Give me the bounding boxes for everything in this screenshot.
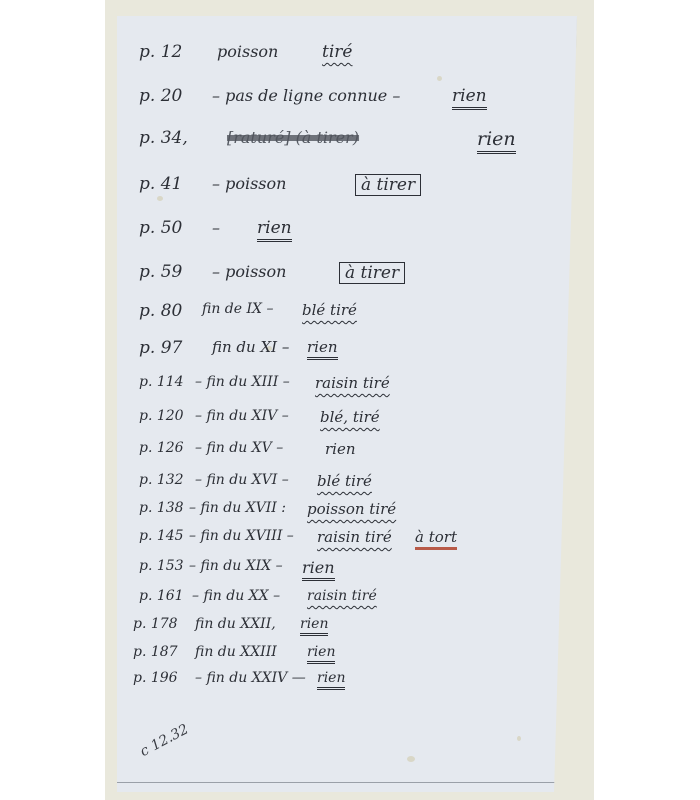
entry-description: fin du XXII, [195,616,276,632]
entry-description: – fin du XXIV — [195,670,306,686]
page-number: p. 97 [139,338,182,358]
entry-result: rien [307,644,335,664]
page-number: p. 145 [139,528,184,544]
entry-description: – fin du XX – [192,588,280,604]
entry-result: rien [452,86,487,110]
entry-result: tiré [322,42,352,62]
entry-result: rien [317,670,345,690]
entry-result: à tirer [339,262,405,284]
entry-result: raisin tiré [307,588,377,604]
page-number: p. 138 [139,500,184,516]
page-number: p. 41 [139,174,182,194]
entry-description: – fin du XVI – [195,472,289,488]
entry-result: blé tiré [317,472,372,490]
page-number: p. 187 [133,644,178,660]
entry-result: blé tiré [302,301,357,319]
entry-description: poisson [217,42,278,61]
handwritten-note-card: p. 12 poisson tiré p. 20 – pas de ligne … [117,16,577,792]
red-annotation: à tort [415,528,457,550]
entry-description: – poisson [212,174,286,193]
entry-description: fin du XXIII [195,644,277,660]
page-number: p. 80 [139,301,182,321]
page-number: p. 161 [139,588,184,604]
entry-list: p. 12 poisson tiré p. 20 – pas de ligne … [117,16,577,792]
entry-description: – fin du XIX – [189,558,283,574]
entry-description: – fin du XVII : [189,500,286,516]
entry-result: rien [325,440,356,458]
page-number: p. 34, [139,128,188,148]
entry-description: – fin du XIII – [195,374,290,390]
entry-result: raisin tiré [317,528,392,546]
entry-description: fin de IX – [202,301,273,317]
page-number: p. 20 [139,86,182,106]
page-number: p. 120 [139,408,184,424]
entry-result: à tirer [355,174,421,196]
page-number: p. 178 [133,616,178,632]
entry-result: rien [477,128,516,154]
entry-result: rien [302,558,335,581]
entry-description: fin du XI – [212,338,289,356]
page-number: p. 59 [139,262,182,282]
page-number: p. 12 [139,42,182,62]
page-number: p. 196 [133,670,178,686]
entry-description: – fin du XIV – [195,408,289,424]
page-number: p. 132 [139,472,184,488]
entry-result: raisin tiré [315,374,390,392]
entry-result: rien [257,218,292,242]
entry-description: – [212,218,220,237]
entry-description: – poisson [212,262,286,281]
struck-description: [raturé] (à tirer) [227,128,359,147]
entry-description: – pas de ligne connue – [212,86,400,105]
entry-description: – fin du XV – [195,440,283,456]
entry-result: rien [300,616,328,636]
entry-result: blé, tiré [320,408,380,426]
pencil-guideline [117,782,559,783]
page-number: p. 126 [139,440,184,456]
entry-description: – fin du XVIII – [189,528,294,544]
page-number: p. 50 [139,218,182,238]
entry-result: rien [307,338,338,360]
page-number: p. 114 [139,374,184,390]
entry-result: poisson tiré [307,500,396,518]
page-number: p. 153 [139,558,184,574]
